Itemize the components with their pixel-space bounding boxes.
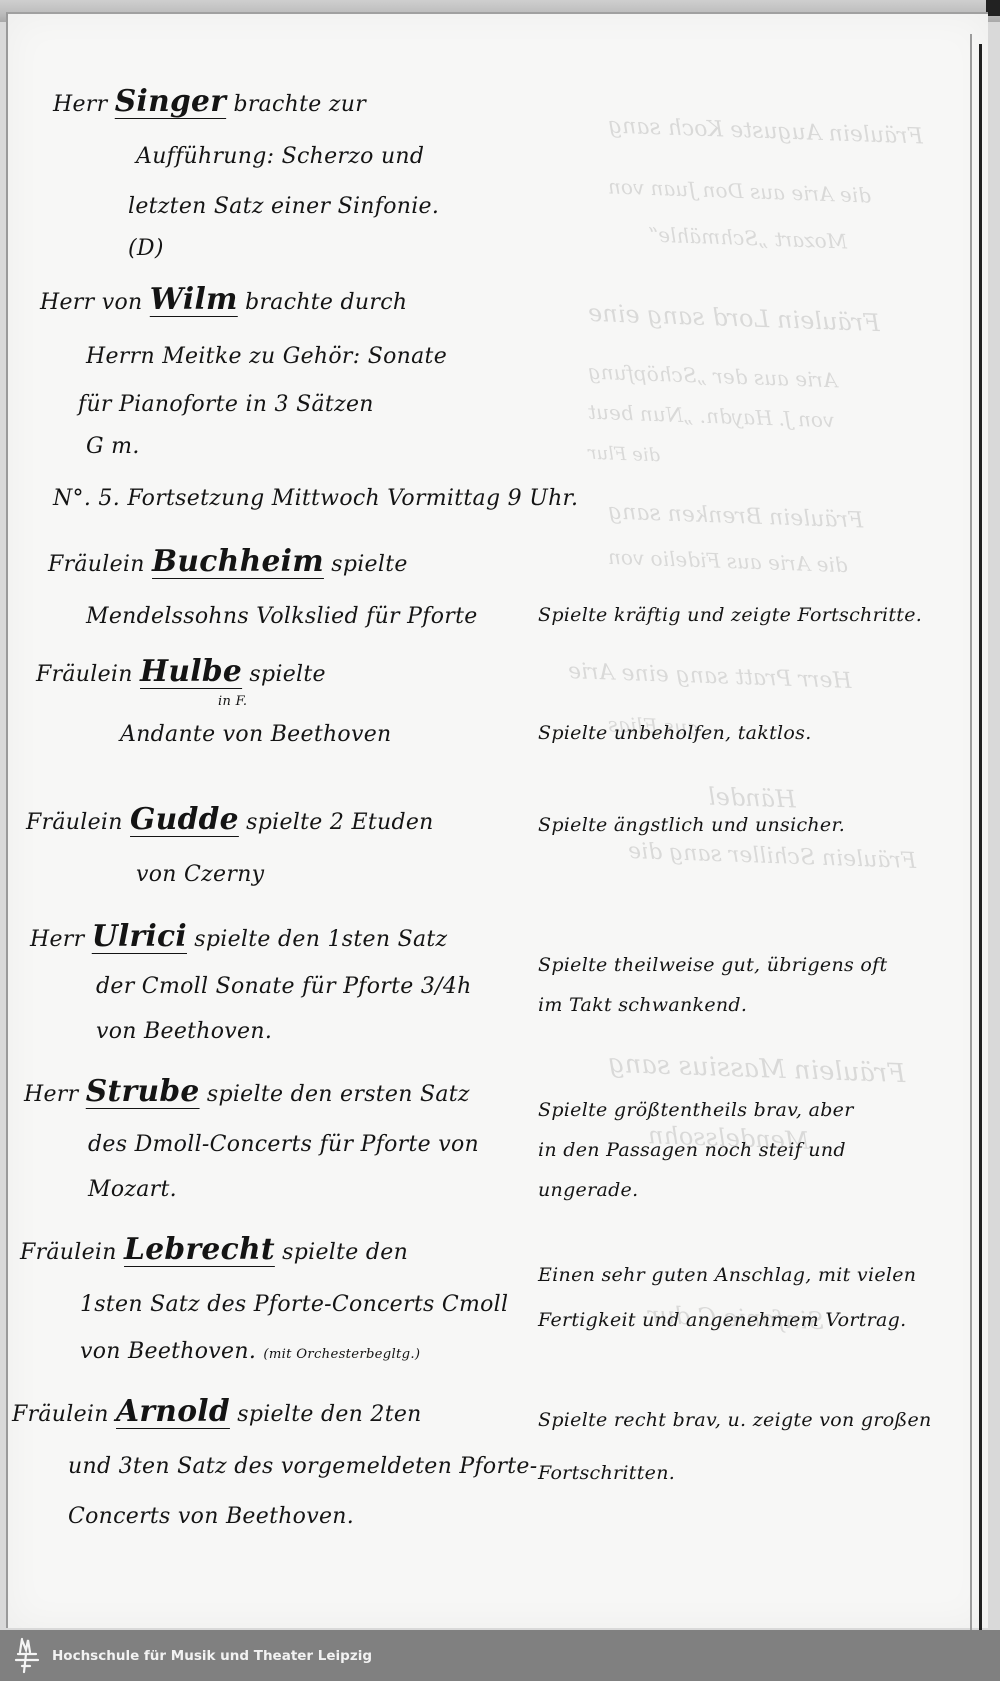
entry-singer-line-1: Herr Singer brachte zur — [53, 84, 366, 119]
bleed-through-line: Händel — [708, 782, 797, 813]
bleed-through-line: die Arie aus Don Juan von — [608, 174, 872, 207]
key-annotation: in F. — [218, 694, 247, 709]
piece-text: von Beethoven. — [80, 1339, 256, 1364]
performer-name: Strube — [86, 1074, 200, 1109]
entry-text: brachte zur — [233, 92, 366, 117]
institution-name[interactable]: Hochschule für Musik und Theater Leipzig — [52, 1648, 372, 1664]
performer-name: Wilm — [150, 282, 238, 317]
entry-singer-line-2: Aufführung: Scherzo und — [136, 144, 424, 169]
teacher-remark-line: Spielte recht brav, u. zeigte von großen — [538, 1409, 932, 1431]
bleed-through-line: Fräulein Auguste Koch sang — [608, 114, 924, 150]
title-text: Fräulein — [36, 662, 133, 687]
piece-line: Mozart. — [88, 1177, 177, 1202]
entry-wilm-line-1: Herr von Wilm brachte durch — [40, 282, 407, 317]
verb-text: spielte den 1sten Satz — [194, 927, 447, 952]
piece-line: der Cmoll Sonate für Pforte 3/4h — [96, 974, 472, 999]
piece-line: und 3ten Satz des vorgemeldeten Pforte- — [68, 1454, 537, 1479]
bleed-through-line: Herr Pratt sang eine Arie — [568, 659, 852, 694]
bleed-through-line: Arie aus der „Schöpfung — [588, 360, 838, 393]
piece-line: Andante von Beethoven — [120, 722, 392, 747]
hmt-leipzig-logo-icon[interactable] — [12, 1636, 42, 1676]
title-text: Herr — [30, 927, 84, 952]
verb-text: spielte 2 Etuden — [246, 810, 433, 835]
performer-name: Buchheim — [152, 544, 324, 579]
teacher-remark-line: Einen sehr guten Anschlag, mit vielen — [538, 1264, 916, 1286]
verb-text: spielte den 2ten — [237, 1402, 421, 1427]
entry-wilm-line-2: Herrn Meitke zu Gehör: Sonate — [86, 344, 447, 369]
title-text: Fräulein — [26, 810, 123, 835]
bleed-through-line: Fräulein Schiller sang die — [628, 839, 917, 874]
teacher-remark-line: Spielte größtentheils brav, aber — [538, 1099, 854, 1121]
verb-text: spielte — [331, 552, 407, 577]
footer-bar: Hochschule für Musik und Theater Leipzig — [0, 1630, 1000, 1681]
bleed-through-line: Fräulein Massius sang — [608, 1049, 906, 1089]
teacher-remark-line: Fortschritten. — [538, 1462, 675, 1484]
page-binding-edge — [979, 44, 982, 1644]
verb-text: spielte den ersten Satz — [207, 1082, 470, 1107]
performance-heading: Herr Strube spielte den ersten Satz — [24, 1074, 470, 1109]
performance-heading: Fräulein Hulbe spielte — [36, 654, 326, 689]
teacher-remark-line: Spielte theilweise gut, übrigens oft — [538, 954, 887, 976]
performance-heading: Fräulein Gudde spielte 2 Etuden — [26, 802, 434, 837]
performance-note: (mit Orchesterbegltg.) — [263, 1347, 420, 1362]
verb-text: spielte den — [282, 1240, 408, 1265]
performance-heading: Herr Ulrici spielte den 1sten Satz — [30, 919, 447, 954]
scan-background: Fräulein Auguste Koch sang die Arie aus … — [0, 0, 1000, 1630]
scan-corner — [986, 0, 1000, 16]
entry-wilm-line-4: G m. — [86, 434, 140, 459]
bleed-through-line: Fräulein Lord sang eine — [588, 299, 881, 337]
performance-heading: Fräulein Buchheim spielte — [48, 544, 408, 579]
performer-name: Ulrici — [92, 919, 187, 954]
entry-singer-line-3: letzten Satz einer Sinfonie. — [128, 194, 439, 219]
piece-line: Concerts von Beethoven. — [68, 1504, 354, 1529]
performer-name: Hulbe — [140, 654, 242, 689]
bleed-through-line: die Flur — [588, 443, 661, 467]
piece-line: 1sten Satz des Pforte-Concerts Cmoll — [80, 1292, 508, 1317]
title-text: Herr — [24, 1082, 78, 1107]
title-text: Fräulein — [12, 1402, 109, 1427]
piece-line: Mendelssohns Volkslied für Pforte — [86, 604, 478, 629]
entry-text: brachte durch — [245, 290, 407, 315]
title-text: Herr — [53, 92, 107, 117]
bleed-through-line: von J. Haydn. „Nun beut — [588, 400, 835, 433]
verb-text: spielte — [249, 662, 325, 687]
section-heading: N°. 5. Fortsetzung Mittwoch Vormittag 9 … — [53, 486, 578, 511]
teacher-remark-line: Spielte unbeholfen, taktlos. — [538, 722, 812, 744]
teacher-remark-line: im Takt schwankend. — [538, 994, 747, 1016]
teacher-remark-line: Spielte kräftig und zeigte Fortschritte. — [538, 604, 922, 626]
title-text: Herr von — [40, 290, 142, 315]
entry-singer-line-4: (D) — [128, 236, 164, 261]
teacher-remark-line: Spielte ängstlich und unsicher. — [538, 814, 845, 836]
performance-heading: Fräulein Lebrecht spielte den — [20, 1232, 408, 1267]
piece-line: von Czerny — [136, 862, 264, 887]
manuscript-page: Fräulein Auguste Koch sang die Arie aus … — [6, 12, 988, 1628]
piece-line: von Beethoven. (mit Orchesterbegltg.) — [80, 1339, 420, 1364]
bleed-through-line: die Arie aus Fidelio von — [608, 545, 848, 577]
teacher-remark-line: Fertigkeit und angenehmem Vortrag. — [538, 1309, 906, 1331]
bleed-through-line: Mozart „Schmähle“ — [648, 223, 848, 254]
title-text: Fräulein — [20, 1240, 117, 1265]
performer-name: Gudde — [130, 802, 239, 837]
teacher-remark-line: in den Passagen noch steif und — [538, 1139, 846, 1161]
page-edge-line — [970, 34, 972, 1640]
teacher-remark-line: ungerade. — [538, 1179, 638, 1201]
performer-name: Arnold — [116, 1394, 230, 1429]
piece-line: von Beethoven. — [96, 1019, 272, 1044]
bleed-through-line: Fräulein Brenken sang — [608, 500, 864, 534]
entry-wilm-line-3: für Pianoforte in 3 Sätzen — [78, 392, 374, 417]
performance-heading: Fräulein Arnold spielte den 2ten — [12, 1394, 422, 1429]
title-text: Fräulein — [48, 552, 145, 577]
performer-name: Lebrecht — [124, 1232, 275, 1267]
performer-name: Singer — [115, 84, 226, 119]
piece-line: des Dmoll-Concerts für Pforte von — [88, 1132, 479, 1157]
